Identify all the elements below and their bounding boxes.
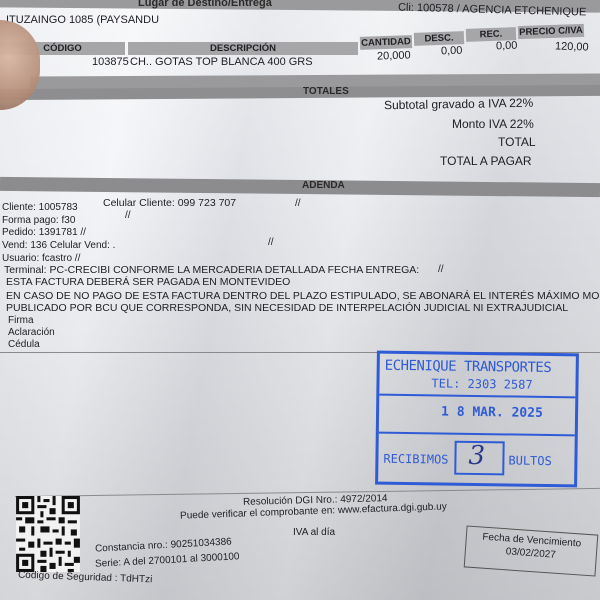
stamp-recibimos: RECIBIMOS [383,452,448,467]
item-precio: 120,00 [555,40,589,53]
destino-label: Lugar de Destino/Entrega [138,0,272,9]
stamp-bultos-count: 3 [468,441,485,471]
stamp-company: ECHENIQUE TRANSPORTES [385,358,552,376]
totales-total: TOTAL [498,135,536,149]
totales-subtotal: Subtotal gravado a IVA 22% [384,96,533,113]
stamp-date: 1 8 MAR. 2025 [441,404,543,420]
destino-value: ITUZAINGO 1085 (PAYSANDU [6,14,159,26]
adenda-slash-1: // [295,198,301,209]
adenda-pedido: Pedido: 1391781 // [2,227,86,238]
adenda-title: ADENDA [302,180,345,191]
adenda-band [0,177,600,197]
adenda-slash-3: // [268,237,274,248]
footer-serie: Serie: A del 2700101 al 3000100 [95,551,240,570]
qr-code-icon [16,496,80,572]
invoice-paper: Lugar de Destino/Entrega Cli: 100578 / A… [0,0,600,600]
totales-title: TOTALES [303,86,349,97]
totales-monto-iva: Monto IVA 22% [452,117,534,131]
col-cantidad: CANTIDAD [360,35,412,50]
adenda-line-montevideo: ESTA FACTURA DEBERÁ SER PAGADA EN MONTEV… [6,276,290,288]
adenda-vendedor: Vend: 136 Celular Vend: . [2,240,115,251]
col-precio: PRECIO C/IVA [518,24,584,39]
item-codigo: 103875 [92,56,129,68]
reception-stamp: ECHENIQUE TRANSPORTES TEL: 2303 2587 1 8… [375,351,579,488]
vencimiento-box: Fecha de Vencimiento 03/02/2027 [464,525,599,576]
adenda-slash-2: // [125,210,131,221]
adenda-cliente: Cliente: 1005783 [2,202,78,213]
adenda-slash-4: // [438,264,444,275]
adenda-line-bcu: PUBLICADO POR BCU QUE CORRESPONDA, SIN N… [6,302,568,314]
adenda-firma: Firma [8,315,34,326]
stamp-tel: TEL: 2303 2587 [431,376,532,391]
adenda-aclaracion: Aclaración [8,327,55,338]
col-descripcion: DESCRIPCIÓN [128,42,358,55]
adenda-line-mora: EN CASO DE NO PAGO DE ESTA FACTURA DENTR… [6,290,600,302]
totales-total-pagar: TOTAL A PAGAR [440,154,532,168]
adenda-usuario: Usuario: fcastro // [2,253,80,264]
col-desc: DESC. [414,31,464,46]
adenda-celular-cliente: Celular Cliente: 099 723 707 [103,197,236,209]
stamp-bultos: BULTOS [508,453,552,468]
item-rec: 0,00 [496,40,518,53]
adenda-cedula: Cédula [8,339,40,350]
item-desc: 0,00 [441,45,463,58]
footer-iva: IVA al día [293,527,335,538]
item-descripcion: CH.. GOTAS TOP BLANCA 400 GRS [130,56,313,68]
adenda-terminal: Terminal: PC-CRECIBI CONFORME LA MERCADE… [4,264,419,276]
footer-codigo-seguridad: Código de Seguridad : TdHTzi [18,570,153,586]
item-cantidad: 20,000 [377,49,411,62]
adenda-forma-pago: Forma pago: f30 [2,215,75,226]
